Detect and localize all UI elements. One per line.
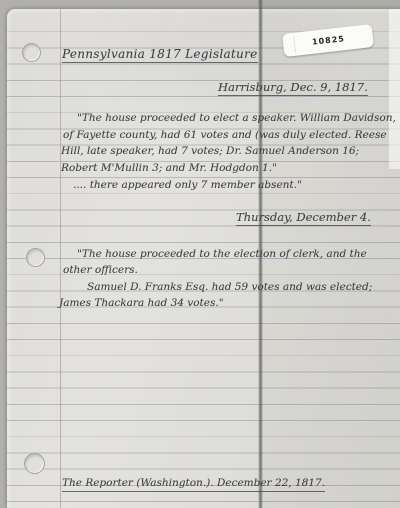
catalog-number: 10825 [311,34,345,46]
body-line: Hill, late speaker, had 7 votes; Dr. Sam… [61,145,359,158]
body-line: James Thackara had 34 votes." [59,297,224,310]
body-line: "The house proceeded to elect a speaker.… [77,112,396,125]
margin-line [60,9,61,508]
paper-edge-highlight [389,9,400,169]
punch-hole-middle [26,248,45,267]
source-citation: The Reporter (Washington.). December 22,… [62,477,325,492]
dateline-harrisburg: Harrisburg, Dec. 9, 1817. [218,81,368,96]
body-line: Samuel D. Franks Esq. had 59 votes and w… [87,281,372,294]
scanned-notebook-page: 10825 Pennsylvania 1817 Legislature Harr… [0,0,400,508]
body-line: Robert M'Mullin 3; and Mr. Hodgdon 1." [61,162,277,175]
body-line: of Fayette county, had 61 votes and (was… [63,129,387,142]
dateline-thursday: Thursday, December 4. [236,211,371,226]
body-line: other officers. [63,264,138,277]
body-line: "The house proceeded to the election of … [77,248,367,261]
page-title: Pennsylvania 1817 Legislature [62,48,258,63]
body-line: .... there appeared only 7 member absent… [73,179,302,192]
punch-hole-top [22,43,41,62]
punch-hole-bottom [24,453,45,474]
